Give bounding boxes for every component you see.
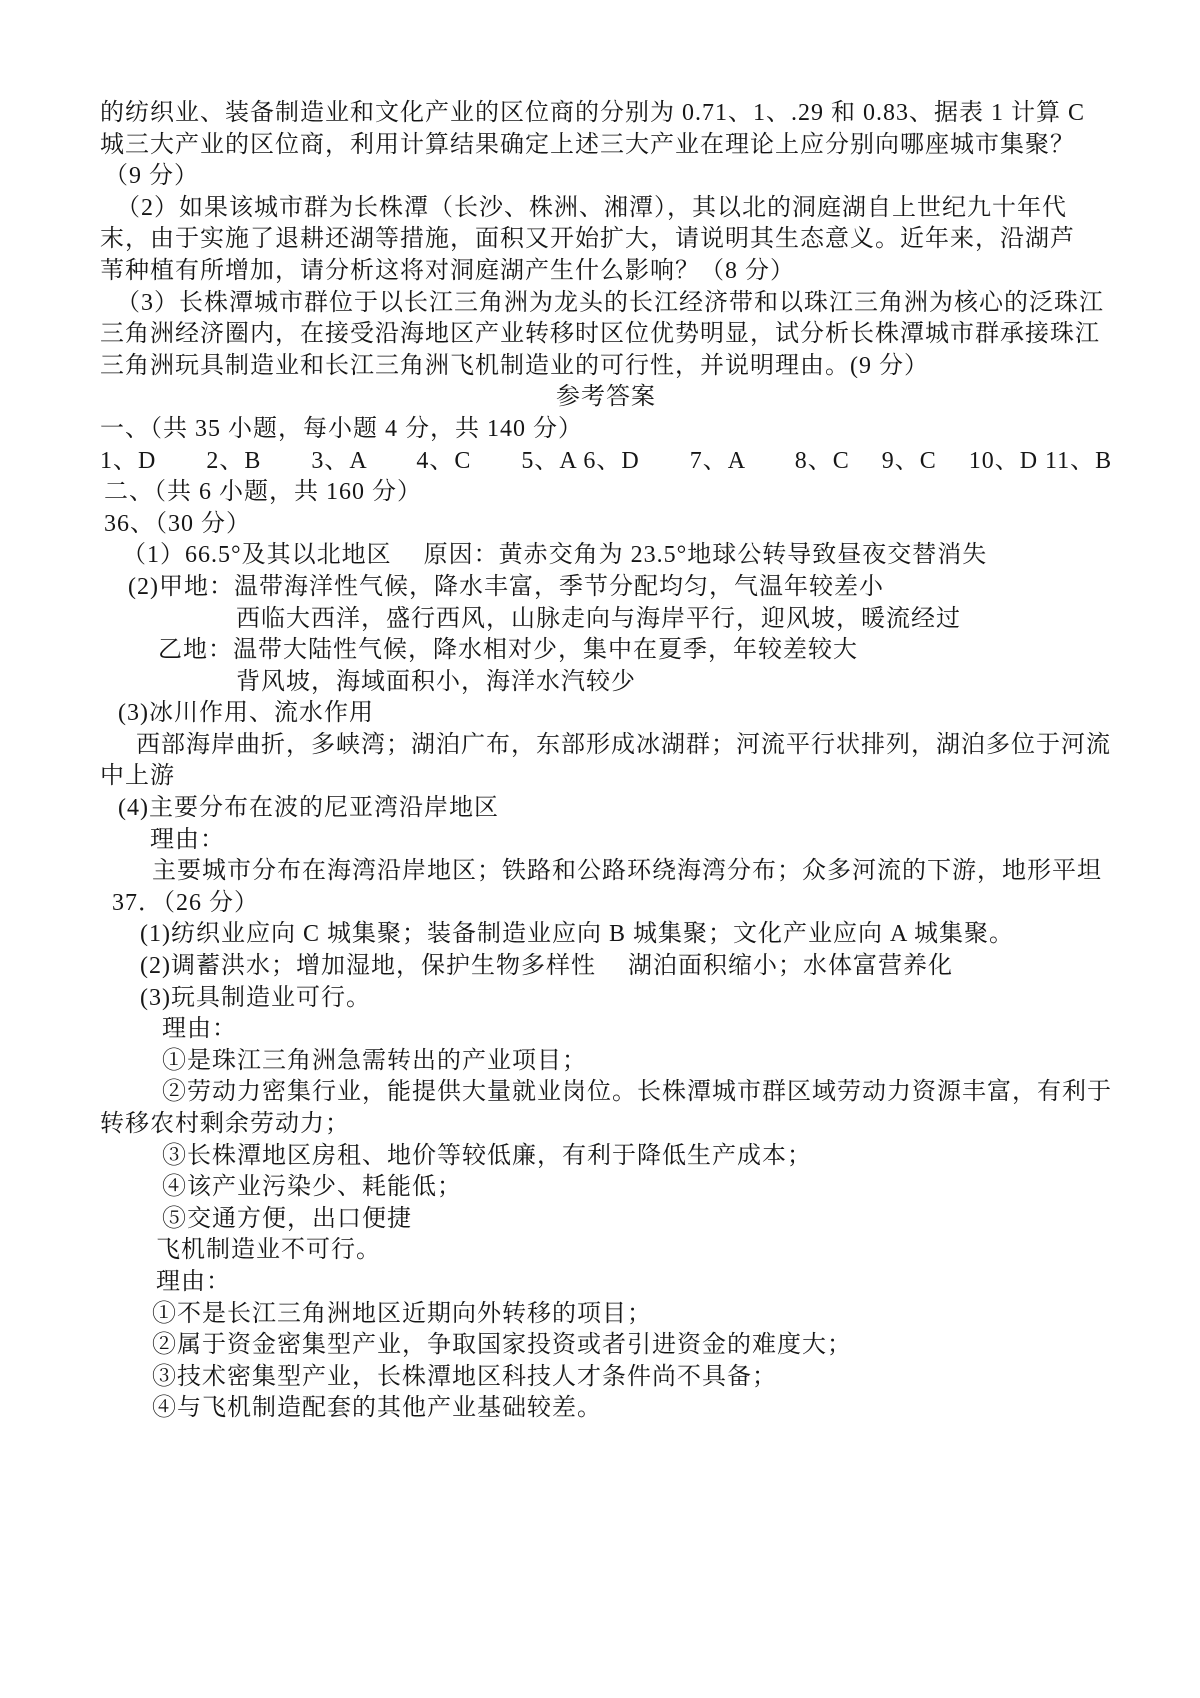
text-line: （2）如果该城市群为长株潭（长沙、株洲、湘潭），其以北的洞庭湖自上世纪九十年代 bbox=[100, 193, 1112, 225]
question-37-heading: 37．（26 分） bbox=[100, 888, 1112, 920]
text-line: 西部海岸曲折，多峡湾；湖泊广布，东部形成冰湖群；河流平行状排列，湖泊多位于河流 bbox=[100, 730, 1112, 762]
answer-text-block: 的纺织业、装备制造业和文化产业的区位商的分别为 0.71、1、.29 和 0.8… bbox=[100, 98, 1112, 1425]
text-line: 主要城市分布在海湾沿岸地区；铁路和公路环绕海湾分布；众多河流的下游，地形平坦 bbox=[100, 856, 1112, 888]
text-line: 飞机制造业不可行。 bbox=[100, 1235, 1112, 1267]
text-line: ②属于资金密集型产业，争取国家投资或者引进资金的难度大； bbox=[100, 1330, 1112, 1362]
text-line: 城三大产业的区位商，利用计算结果确定上述三大产业在理论上应分别向哪座城市集聚？ bbox=[100, 130, 1112, 162]
text-line: ④与飞机制造配套的其他产业基础较差。 bbox=[100, 1393, 1112, 1425]
text-line: 西临大西洋，盛行西风，山脉走向与海岸平行，迎风坡，暖流经过 bbox=[100, 604, 1112, 636]
text-line: (1)纺织业应向 C 城集聚；装备制造业应向 B 城集聚；文化产业应向 A 城集… bbox=[100, 919, 1112, 951]
text-line: ③技术密集型产业，长株潭地区科技人才条件尚不具备； bbox=[100, 1362, 1112, 1394]
text-line: 三角洲经济圈内，在接受沿海地区产业转移时区位优势明显，试分析长株潭城市群承接珠江 bbox=[100, 319, 1112, 351]
text-line: 理由： bbox=[100, 1014, 1112, 1046]
question-36-heading: 36、（30 分） bbox=[100, 509, 1112, 541]
document-page: 的纺织业、装备制造业和文化产业的区位商的分别为 0.71、1、.29 和 0.8… bbox=[0, 0, 1200, 1698]
text-line: ④该产业污染少、耗能低； bbox=[100, 1172, 1112, 1204]
text-line: 转移农村剩余劳动力； bbox=[100, 1109, 1112, 1141]
text-line: （1）66.5°及其以北地区 原因：黄赤交角为 23.5°地球公转导致昼夜交替消… bbox=[100, 540, 1112, 572]
text-line: (2)调蓄洪水；增加湿地，保护生物多样性 湖泊面积缩小；水体富营养化 bbox=[100, 951, 1112, 983]
text-line: 乙地：温带大陆性气候，降水相对少，集中在夏季，年较差较大 bbox=[100, 635, 1112, 667]
text-line: （9 分） bbox=[100, 161, 1112, 193]
text-line: 三角洲玩具制造业和长江三角洲飞机制造业的可行性，并说明理由。(9 分） bbox=[100, 351, 1112, 383]
text-line: 的纺织业、装备制造业和文化产业的区位商的分别为 0.71、1、.29 和 0.8… bbox=[100, 98, 1112, 130]
answers-heading: 参考答案 bbox=[100, 382, 1112, 414]
multiple-choice-answers: 1、D 2、B 3、A 4、C 5、A 6、D 7、A 8、C 9、C 10、D… bbox=[100, 446, 1112, 478]
text-line: 背风坡，海域面积小，海洋水汽较少 bbox=[100, 667, 1112, 699]
text-line: ①是珠江三角洲急需转出的产业项目； bbox=[100, 1046, 1112, 1078]
text-line: (4)主要分布在波的尼亚湾沿岸地区 bbox=[100, 793, 1112, 825]
text-line: (2)甲地：温带海洋性气候，降水丰富，季节分配均匀，气温年较差小 bbox=[100, 572, 1112, 604]
text-line: 理由： bbox=[100, 825, 1112, 857]
section-one-heading: 一、（共 35 小题，每小题 4 分，共 140 分） bbox=[100, 414, 1112, 446]
text-line: ②劳动力密集行业，能提供大量就业岗位。长株潭城市群区域劳动力资源丰富，有利于 bbox=[100, 1077, 1112, 1109]
text-line: (3)玩具制造业可行。 bbox=[100, 983, 1112, 1015]
text-line: 理由： bbox=[100, 1267, 1112, 1299]
text-line: (3)冰川作用、流水作用 bbox=[100, 698, 1112, 730]
text-line: （3）长株潭城市群位于以长江三角洲为龙头的长江经济带和以珠江三角洲为核心的泛珠江 bbox=[100, 288, 1112, 320]
section-two-heading: 二、（共 6 小题，共 160 分） bbox=[100, 477, 1112, 509]
text-line: ①不是长江三角洲地区近期向外转移的项目； bbox=[100, 1299, 1112, 1331]
text-line: 末，由于实施了退耕还湖等措施，面积又开始扩大，请说明其生态意义。近年来，沿湖芦 bbox=[100, 224, 1112, 256]
text-line: 中上游 bbox=[100, 761, 1112, 793]
text-line: ③长株潭地区房租、地价等较低廉，有利于降低生产成本； bbox=[100, 1141, 1112, 1173]
text-line: 苇种植有所增加，请分析这将对洞庭湖产生什么影响？（8 分） bbox=[100, 256, 1112, 288]
text-line: ⑤交通方便，出口便捷 bbox=[100, 1204, 1112, 1236]
